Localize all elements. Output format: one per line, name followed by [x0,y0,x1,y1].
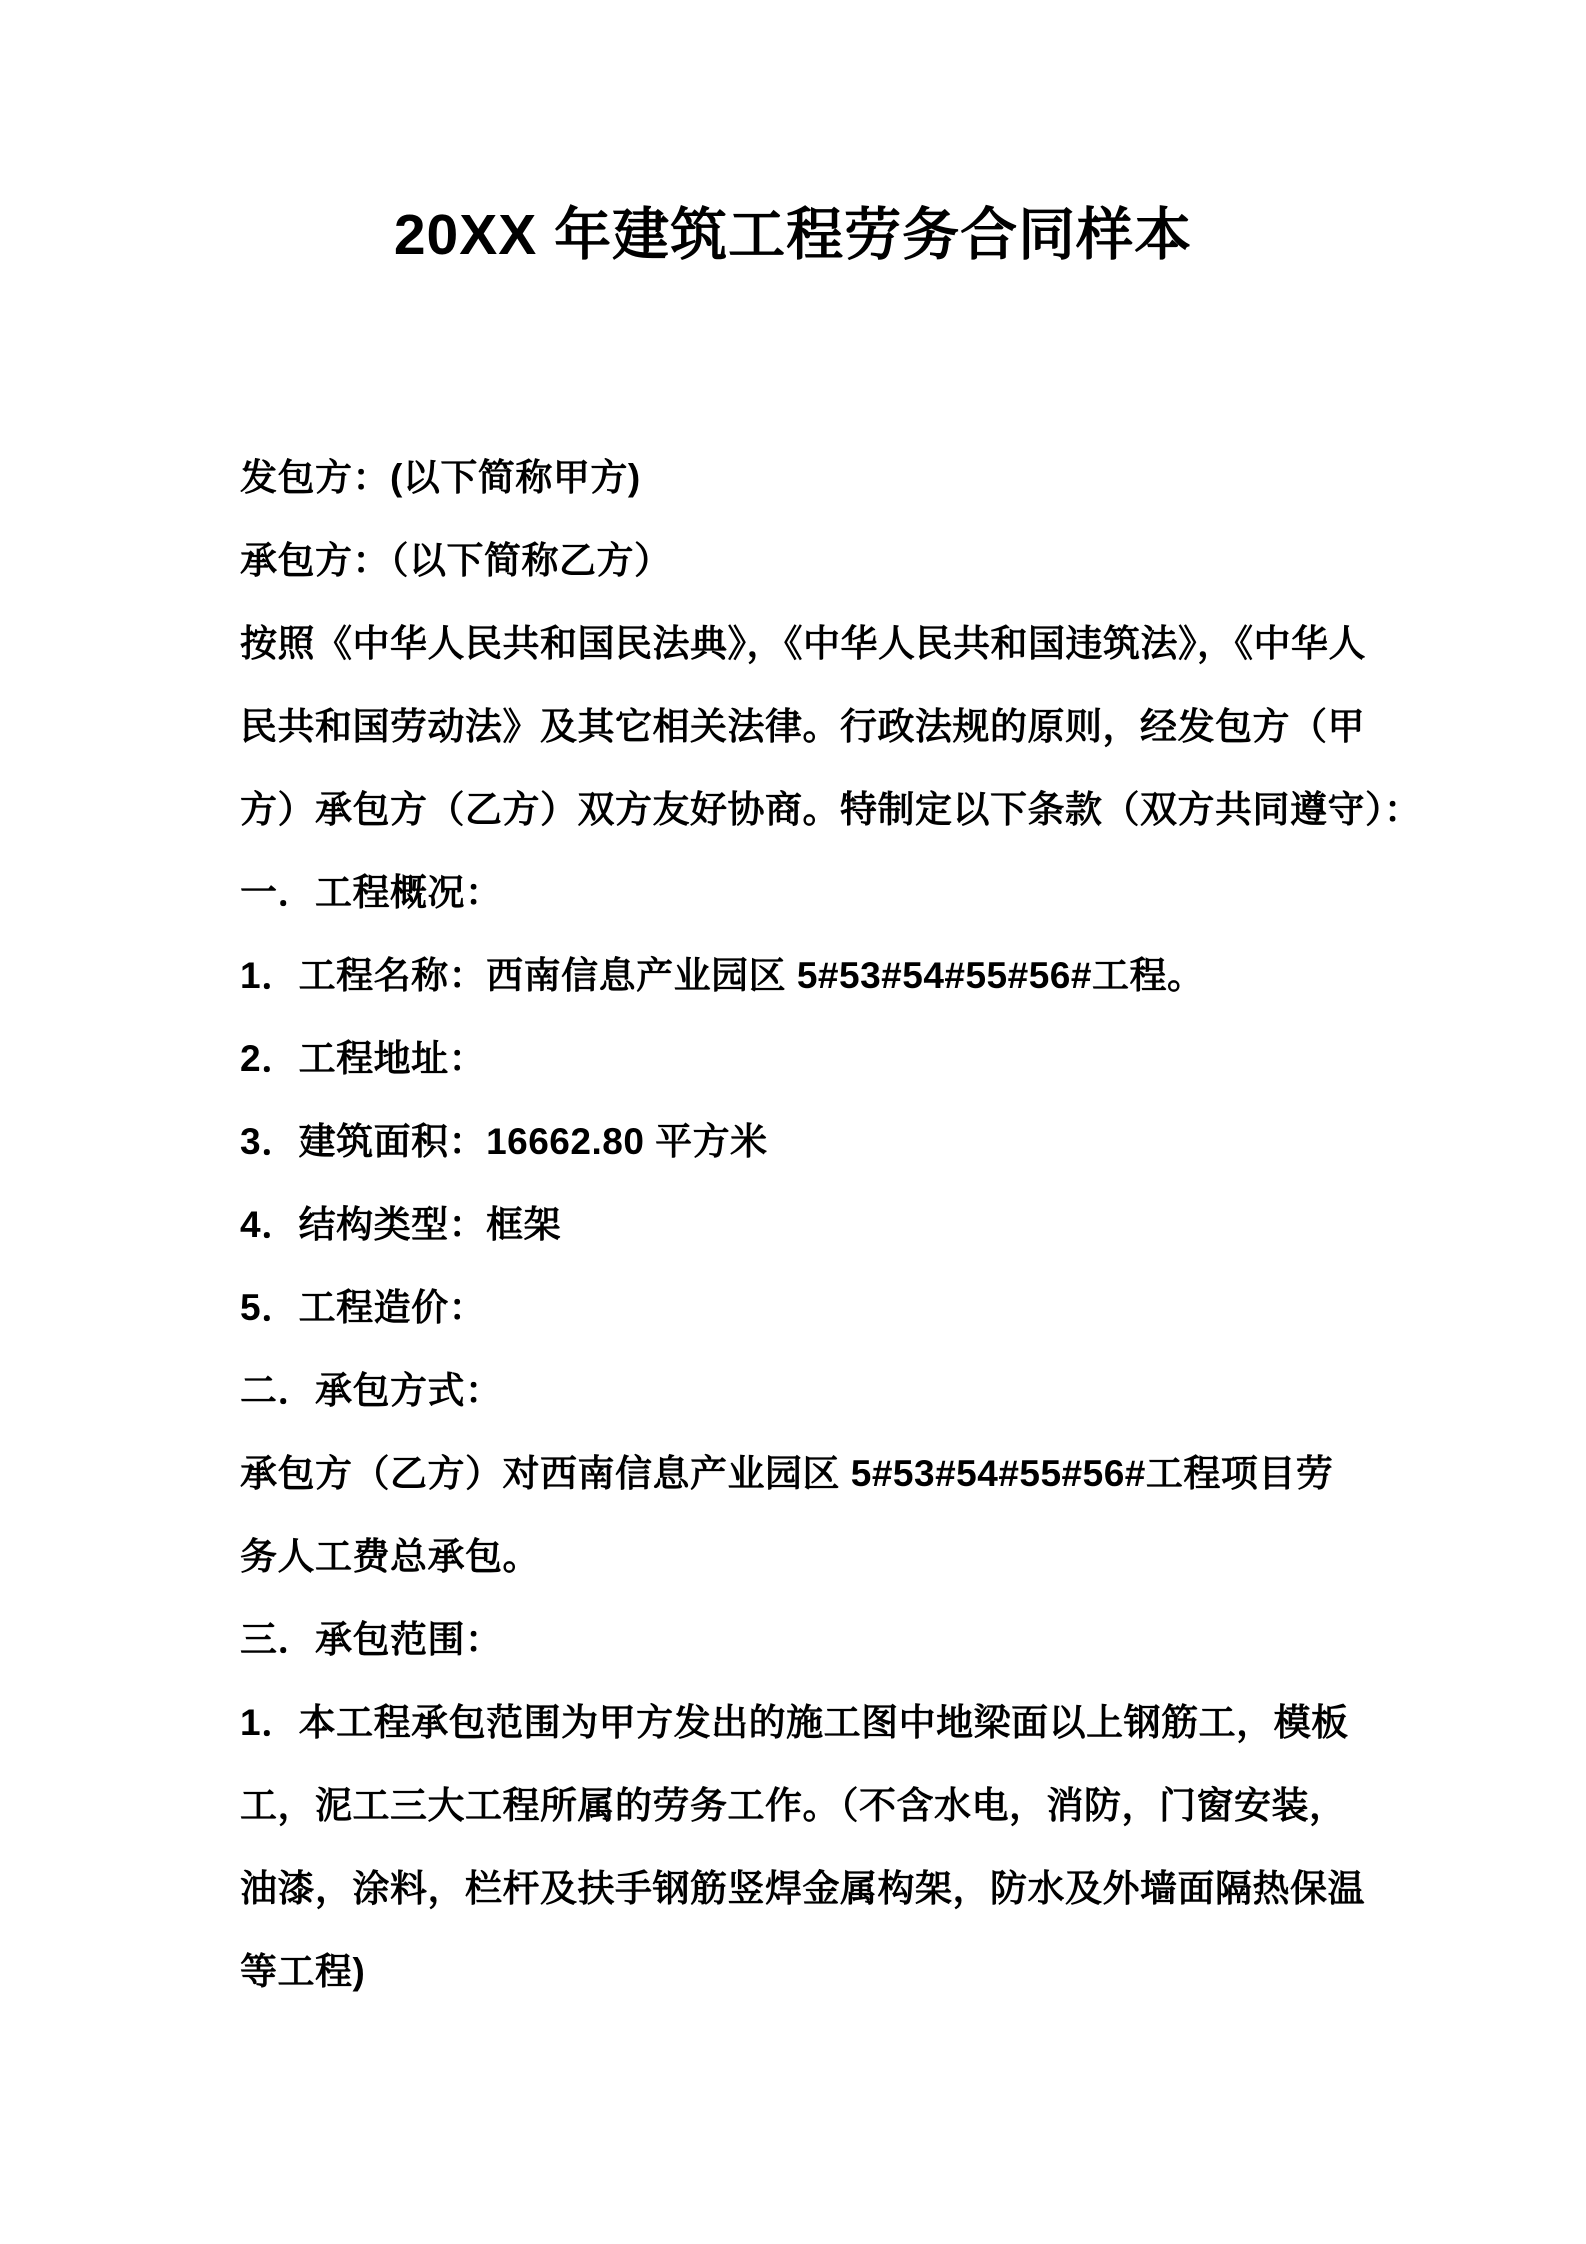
contract-line-project-name: 1．工程名称：西南信息产业园区 5#53#54#55#56#工程。 [240,934,1420,1017]
contract-line-party-a: 发包方：(以下简称甲方) [240,436,1420,519]
contract-line-preamble-1: 按照《中华人民共和国民法典》，《中华人民共和国违筑法》，《中华人 [240,602,1420,685]
contract-line-contract-mode-2: 务人工费总承包。 [240,1515,1420,1598]
contract-line-section-1-heading: 一．工程概况： [240,851,1420,934]
contract-line-preamble-3: 方）承包方（乙方）双方友好协商。特制定以下条款（双方共同遵守）： [240,768,1420,851]
contract-line-scope-3: 油漆，涂料，栏杆及扶手钢筋竖焊金属构架，防水及外墙面隔热保温 [240,1847,1420,1930]
contract-line-project-cost: 5．工程造价： [240,1266,1420,1349]
contract-line-scope-4: 等工程) [240,1930,1420,2013]
contract-line-party-b: 承包方：（以下简称乙方） [240,519,1420,602]
contract-line-preamble-2: 民共和国劳动法》及其它相关法律。行政法规的原则，经发包方（甲 [240,685,1420,768]
contract-line-structure-type: 4．结构类型：框架 [240,1183,1420,1266]
contract-line-section-2-heading: 二．承包方式： [240,1349,1420,1432]
contract-line-section-3-heading: 三．承包范围： [240,1598,1420,1681]
contract-line-project-address: 2．工程地址： [240,1017,1420,1100]
document-title: 20XX 年建筑工程劳务合同样本 [0,200,1586,270]
contract-line-scope-2: 工，泥工三大工程所属的劳务工作。（不含水电，消防，门窗安装， [240,1764,1420,1847]
contract-line-scope-1: 1．本工程承包范围为甲方发出的施工图中地梁面以上钢筋工，模板 [240,1681,1420,1764]
contract-page: 20XX 年建筑工程劳务合同样本 发包方：(以下简称甲方) 承包方：（以下简称乙… [0,0,1586,2244]
contract-line-building-area: 3．建筑面积：16662.80 平方米 [240,1100,1420,1183]
document-body: 发包方：(以下简称甲方) 承包方：（以下简称乙方） 按照《中华人民共和国民法典》… [240,436,1420,2013]
contract-line-contract-mode-1: 承包方（乙方）对西南信息产业园区 5#53#54#55#56#工程项目劳 [240,1432,1420,1515]
